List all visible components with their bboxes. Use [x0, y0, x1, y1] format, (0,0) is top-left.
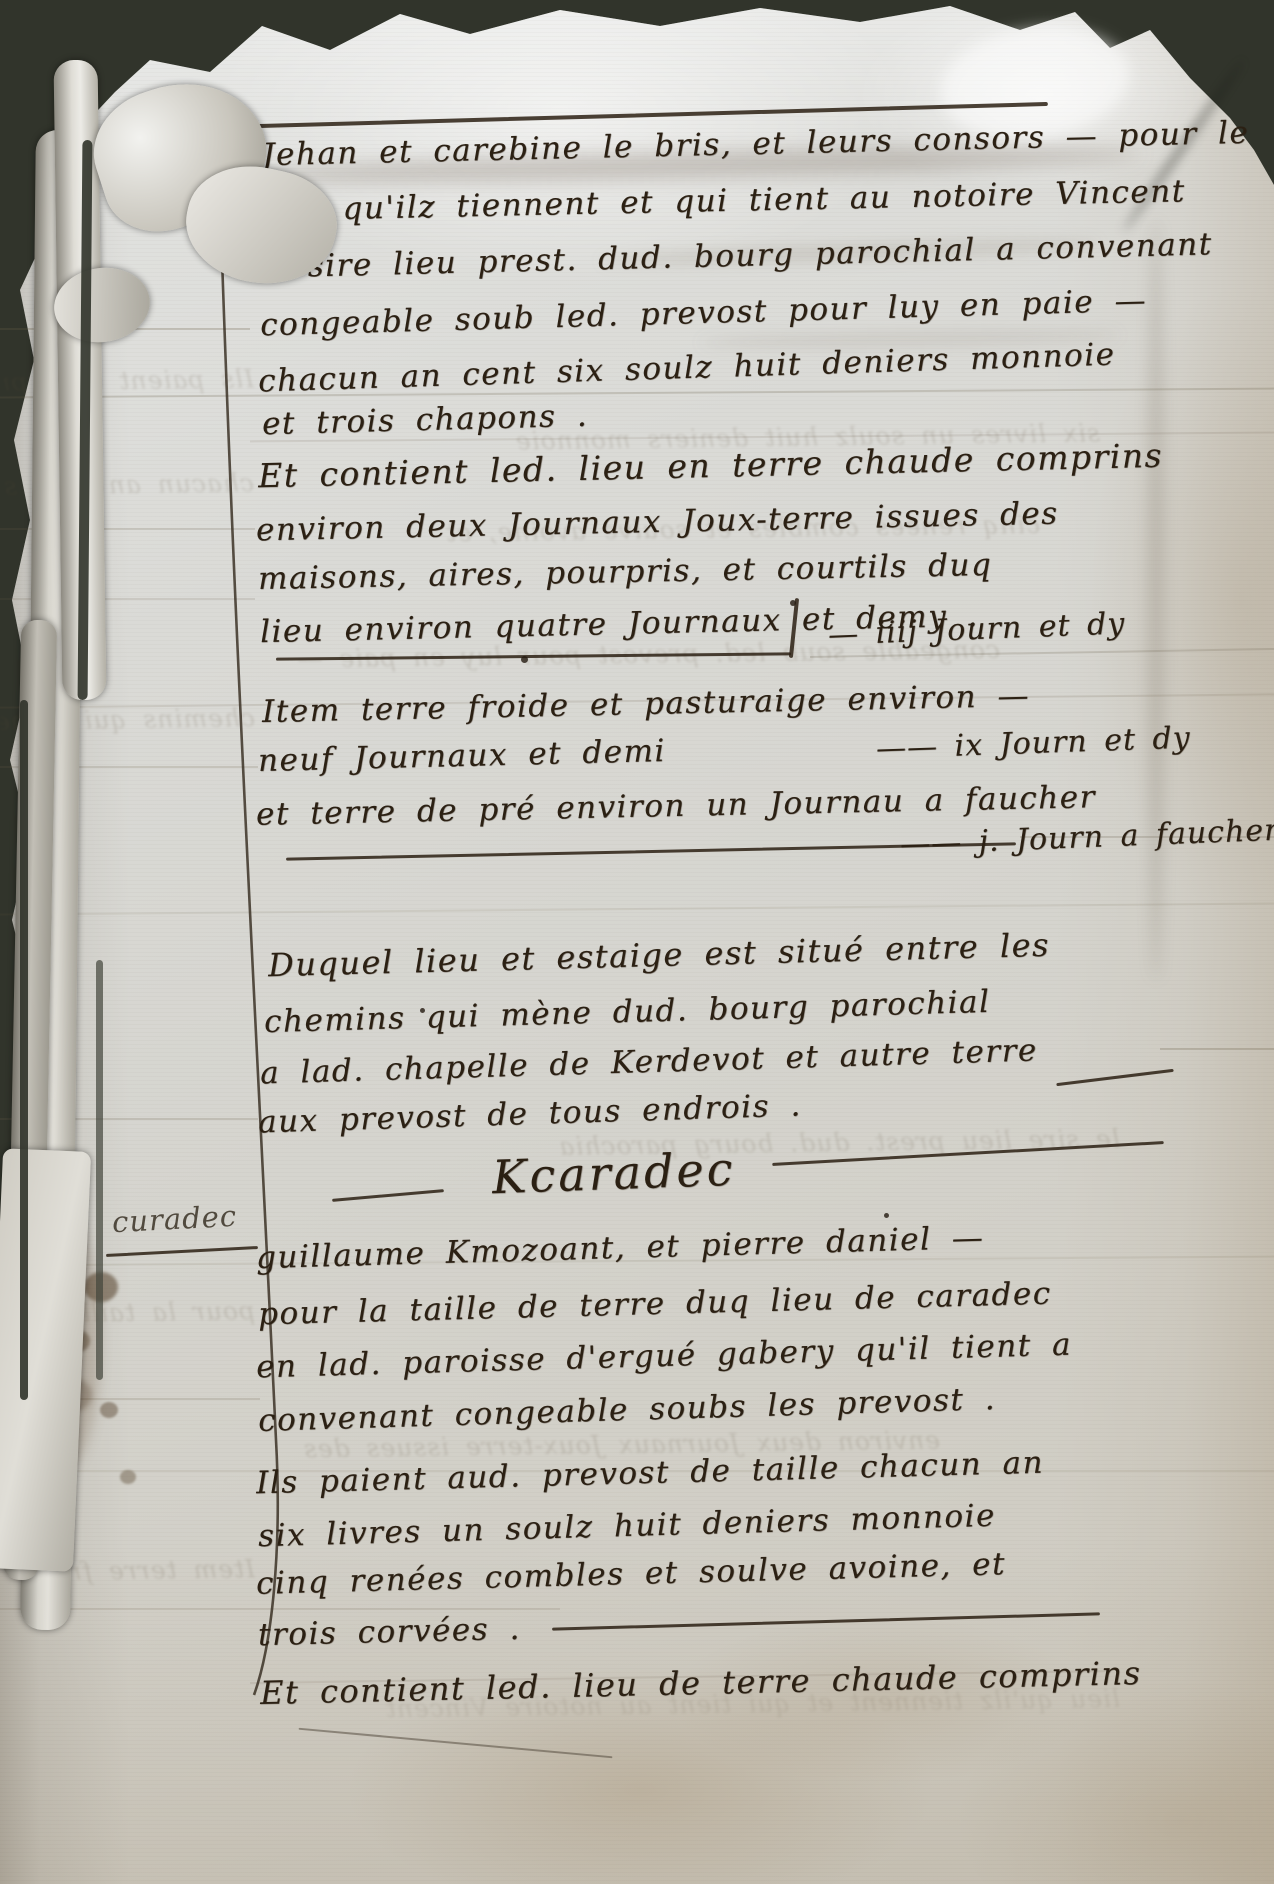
ink-speck	[790, 600, 796, 606]
ink-speck	[521, 656, 528, 663]
ink-speck	[420, 1008, 425, 1013]
margin-note-caradec: curadec	[111, 1199, 238, 1239]
torn-edge-crevice	[20, 700, 28, 1400]
stain-spot	[100, 1402, 118, 1418]
ink-speck	[884, 1213, 889, 1218]
section-heading-kercaradec: Kcaradec	[491, 1142, 736, 1204]
torn-edge-crevice	[96, 960, 103, 1380]
stain-spot	[120, 1470, 136, 1484]
manuscript-photo: Ils paient aud. prevost de taille chacun…	[0, 0, 1274, 1884]
text-line: trois corvées .	[258, 1611, 522, 1653]
